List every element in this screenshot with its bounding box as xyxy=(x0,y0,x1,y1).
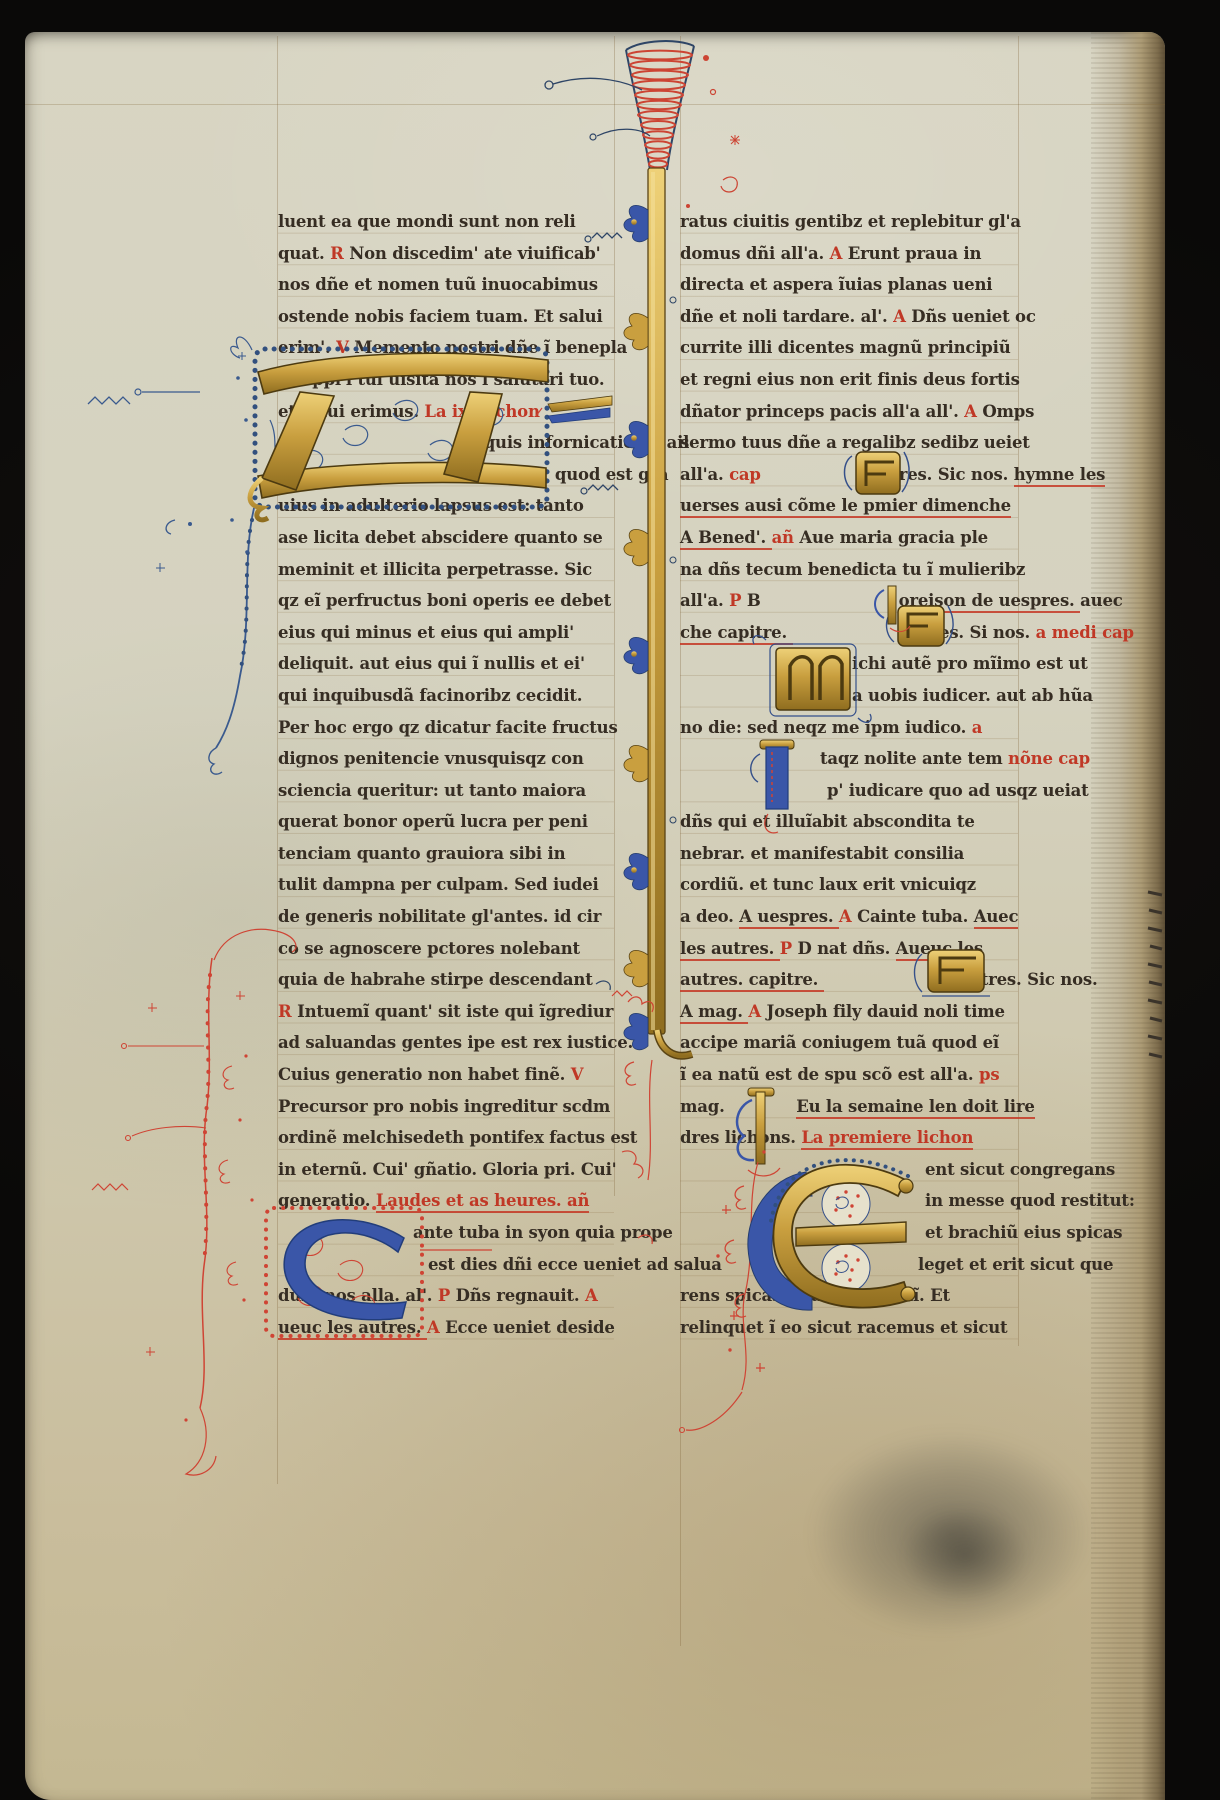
text-line: currite illi dicentes magnũ principiũ xyxy=(680,332,1018,364)
body-text: Memento nostri dñe ĩ benepla xyxy=(354,338,627,357)
body-text: auec xyxy=(1080,591,1122,610)
body-text: rens spicas in ualle raphaĩ. Et xyxy=(680,1286,950,1305)
body-text: D nat dñs. xyxy=(797,939,895,958)
body-text: ostende nobis faciem tuam. Et salui xyxy=(278,307,603,326)
rubric-text: ps xyxy=(979,1065,999,1084)
text-line: generatio. Laudes et as heures. añ xyxy=(278,1185,614,1217)
text-line: p' iudicare quo ad usqz ueiat xyxy=(680,775,1018,807)
body-text: et regni eius non erit finis deus fortis xyxy=(680,370,1020,389)
text-line: all'a. capres. Sic nos. hymne les xyxy=(680,459,1018,491)
body-text: tenciam quanto grauiora sibi in xyxy=(278,844,565,863)
rubric-text: cap xyxy=(729,465,761,484)
text-line: uius in adulterio lapsus est: tanto xyxy=(278,490,614,522)
text-line: luent ea que mondi sunt non reli xyxy=(278,206,614,238)
body-text: nos dñe et nomen tuũ inuocabimus xyxy=(278,275,598,294)
body-text: Aue maria gracia ple xyxy=(799,528,988,547)
body-text: nebrar. et manifestabit consilia xyxy=(680,844,964,863)
stain-smudge-core xyxy=(880,1490,1050,1620)
text-line: Cuius generatio non habet finẽ. V xyxy=(278,1059,614,1091)
body-text: domus dñi all'a. xyxy=(680,244,830,263)
body-text: a deo. xyxy=(680,907,739,926)
body-text: co se agnoscere pctores nolebant xyxy=(278,939,580,958)
book-fore-edge xyxy=(1091,32,1165,1800)
body-text: ueuc les autres. xyxy=(278,1318,427,1340)
body-text: si quis infornicationis ail xyxy=(463,433,689,452)
rubric-text: P xyxy=(729,591,747,610)
text-line: ratus ciuitis gentibz et replebitur gl'a xyxy=(680,206,1018,238)
body-text: accipe mariã coniugem tuã quod eĩ xyxy=(680,1033,999,1052)
rubric-text: La ixe lichon xyxy=(424,402,539,421)
body-text: oreison de uespres. xyxy=(899,591,1081,613)
text-line: ase licita debet abscidere quanto se xyxy=(278,522,614,554)
body-text: et brachiũ eius spicas xyxy=(925,1223,1122,1242)
body-text: all'a. xyxy=(680,465,729,484)
text-line: et brachiũ eius spicas xyxy=(680,1217,1018,1249)
text-line: tulit dampna per culpam. Sed iudei xyxy=(278,869,614,901)
text-line: Per hoc ergo qz dicatur facite fructus xyxy=(278,712,614,744)
body-text: Dñs regnauit. xyxy=(456,1286,585,1305)
body-text: cordiũ. et tunc laux erit vnicuiqz xyxy=(680,875,976,894)
body-text: eius qui minus et eius qui ampli' xyxy=(278,623,574,642)
text-line: rens spicas in ualle raphaĩ. Et xyxy=(680,1280,1018,1312)
body-text: et salui erimus. xyxy=(278,402,424,421)
body-text: in eternũ. Cui' gñatio. Gloria pri. Cui' xyxy=(278,1160,617,1179)
body-text: Cuius generatio non habet finẽ. xyxy=(278,1065,571,1084)
text-line: all'a. P Boreison de uespres. auec xyxy=(680,585,1018,617)
rubric-text: a xyxy=(972,718,983,737)
text-line: accipe mariã coniugem tuã quod eĩ xyxy=(680,1027,1018,1059)
text-line: qz eĩ perfructus boni operis ee debet xyxy=(278,585,614,617)
body-text: Aueuc les xyxy=(896,939,983,961)
body-text: sermo tuus dñe a regalibz sedibz ueiet xyxy=(680,433,1030,452)
text-line: na dñs tecum benedicta tu ĩ mulieribz xyxy=(680,554,1018,586)
body-text: uius in adulterio lapsus est: tanto xyxy=(278,496,584,515)
body-text: a uel forte quod est gra xyxy=(428,465,668,484)
text-line: de generis nobilitate gl'antes. id cir xyxy=(278,901,614,933)
body-text: mag. xyxy=(680,1097,730,1116)
body-text: ase licita debet abscidere quanto se xyxy=(278,528,603,547)
body-text: quat. xyxy=(278,244,330,263)
text-line: dñe et noli tardare. al'. A Dñs ueniet o… xyxy=(680,301,1018,333)
body-text: Per hoc ergo qz dicatur facite fructus xyxy=(278,718,618,737)
body-text: Erunt praua in xyxy=(848,244,981,263)
rubric-text: a medi cap xyxy=(1036,623,1134,642)
text-line: mag. Eu la semaine len doit lire xyxy=(680,1091,1018,1123)
body-text: luent ea que mondi sunt non reli xyxy=(278,212,576,231)
rubric-text: P xyxy=(438,1286,456,1305)
body-text: che capitre. xyxy=(680,623,793,645)
body-text: dum nos alla. al'. xyxy=(278,1286,438,1305)
text-line: relinquet ĩ eo sicut racemus et sicut xyxy=(680,1312,1018,1344)
text-line: si quis infornicationis ail xyxy=(278,427,614,459)
body-text: ent sicut congregans xyxy=(925,1160,1115,1179)
text-line: cordiũ. et tunc laux erit vnicuiqz xyxy=(680,869,1018,901)
body-text: dñs qui et illuĩabit abscondita te xyxy=(680,812,975,831)
body-text: uerses ausi cõme le pmier dimenche xyxy=(680,496,1011,518)
text-line: dñs qui et illuĩabit abscondita te xyxy=(680,806,1018,838)
text-line: ent sicut congregans xyxy=(680,1154,1018,1186)
rubric-text: A xyxy=(839,907,857,926)
body-text: relinquet ĩ eo sicut racemus et sicut xyxy=(680,1318,1007,1337)
text-line: directa et aspera ĩuias planas ueni xyxy=(680,269,1018,301)
text-line: leget et erit sicut que xyxy=(680,1249,1018,1281)
body-text: res. Sic nos. xyxy=(899,465,1014,484)
body-text: A mag. xyxy=(680,1002,748,1024)
body-text: Ecce ueniet deside xyxy=(445,1318,615,1337)
body-text: A Bened'. xyxy=(680,528,772,550)
body-text: deliquit. aut eius qui ĩ nullis et ei' xyxy=(278,654,585,673)
text-line: les autres. P D nat dñs. Aueuc les xyxy=(680,933,1018,965)
body-text: est dies dñi ecce ueniet ad salua xyxy=(428,1255,722,1274)
body-text: no die: sed neqz me ipm iudico. xyxy=(680,718,972,737)
body-text: de generis nobilitate gl'antes. id cir xyxy=(278,907,601,926)
text-line: ordinẽ melchisedeth pontifex factus est xyxy=(278,1122,614,1154)
text-line: dignos penitencie vnusquisqz con xyxy=(278,743,614,775)
rubric-text: A xyxy=(585,1286,598,1305)
text-line: nos dñe et nomen tuũ inuocabimus xyxy=(278,269,614,301)
body-text: qui inquibusdã facinoribz cecidit. xyxy=(278,686,582,705)
body-text: B xyxy=(747,591,761,610)
ruling-line-vertical xyxy=(614,36,615,1196)
body-text: directa et aspera ĩuias planas ueni xyxy=(680,275,992,294)
text-line: co se agnoscere pctores nolebant xyxy=(278,933,614,965)
body-text: autres. capitre. xyxy=(680,970,824,992)
text-line: Precursor pro nobis ingreditur scdm xyxy=(278,1091,614,1123)
text-line: a uel forte quod est gra xyxy=(278,459,614,491)
text-line: quat. R Non discedim' ate viuificab' xyxy=(278,238,614,270)
body-text: ichi autẽ pro mĩimo est ut xyxy=(852,654,1088,673)
text-line: ostende nobis faciem tuam. Et salui xyxy=(278,301,614,333)
text-line: in eternũ. Cui' gñatio. Gloria pri. Cui' xyxy=(278,1154,614,1186)
body-text: Auec xyxy=(974,907,1019,929)
body-text: ato ppl'i tui uisita nos ĩ salutari tuo. xyxy=(278,370,604,389)
text-line: ato ppl'i tui uisita nos ĩ salutari tuo. xyxy=(278,364,614,396)
body-text: Omps xyxy=(982,402,1034,421)
body-text: leget et erit sicut que xyxy=(918,1255,1113,1274)
body-text: ordinẽ melchisedeth pontifex factus est xyxy=(278,1128,637,1147)
text-line: quia de habrahe stirpe descendant xyxy=(278,964,614,996)
body-text: taqz nolite ante tem xyxy=(820,749,1008,768)
text-line: et regni eius non erit finis deus fortis xyxy=(680,364,1018,396)
text-line: a uobis iudicer. aut ab hũa xyxy=(680,680,1018,712)
text-line: a deo. A uespres. A Cainte tuba. Auec xyxy=(680,901,1018,933)
rubric-text: A xyxy=(748,1002,766,1021)
text-line: autres. capitre. ratres. Sic nos. xyxy=(680,964,1018,996)
body-text: currite illi dicentes magnũ principiũ xyxy=(680,338,1011,357)
body-text: Cainte tuba. xyxy=(857,907,974,926)
rubric-text: V xyxy=(336,338,354,357)
rubric-text: R xyxy=(278,1002,297,1021)
text-line: ante tuba in syon quia prope xyxy=(278,1217,614,1249)
body-text: a uobis iudicer. aut ab hũa xyxy=(852,686,1093,705)
text-line: ad saluandas gentes ipe est rex iustice. xyxy=(278,1027,614,1059)
body-text: Dñs ueniet oc xyxy=(911,307,1035,326)
text-line: eius qui minus et eius qui ampli' xyxy=(278,617,614,649)
text-line: sciencia queritur: ut tanto maiora xyxy=(278,775,614,807)
text-line: R Intuemĩ quant' sit iste qui ĩgrediur xyxy=(278,996,614,1028)
rubric-text: La premiere lichon xyxy=(801,1128,973,1150)
body-text: ratres. Sic nos. xyxy=(962,970,1098,989)
body-text: quia de habrahe stirpe descendant xyxy=(278,970,593,989)
text-line: qui inquibusdã facinoribz cecidit. xyxy=(278,680,614,712)
body-text: erim'. xyxy=(278,338,336,357)
body-text: ĩ ea natũ est de spu scõ est all'a. xyxy=(680,1065,979,1084)
rubric-text: nõne cap xyxy=(1008,749,1090,768)
body-text: all'a. xyxy=(680,591,729,610)
body-text: meminit et illicita perpetrasse. Sic xyxy=(278,560,592,579)
rubric-text: añ xyxy=(772,528,800,547)
body-text: les autres. xyxy=(680,939,780,961)
text-line: che capitre. res. Si nos. a medi cap xyxy=(680,617,1018,649)
text-line: sermo tuus dñe a regalibz sedibz ueiet xyxy=(680,427,1018,459)
text-line: tenciam quanto grauiora sibi in xyxy=(278,838,614,870)
text-line: dum nos alla. al'. P Dñs regnauit. A xyxy=(278,1280,614,1312)
text-line: est dies dñi ecce ueniet ad salua xyxy=(278,1249,614,1281)
body-text: res. Si nos. xyxy=(931,623,1036,642)
text-line: erim'. V Memento nostri dñe ĩ benepla xyxy=(278,332,614,364)
body-text: ante tuba in syon quia prope xyxy=(413,1223,673,1242)
text-line: in messe quod restitut: xyxy=(680,1185,1018,1217)
text-line: deliquit. aut eius qui ĩ nullis et ei' xyxy=(278,648,614,680)
body-text: querat bonor operũ lucra per peni xyxy=(278,812,588,831)
text-line: ĩ ea natũ est de spu scõ est all'a. ps xyxy=(680,1059,1018,1091)
body-text: Intuemĩ quant' sit iste qui ĩgrediur xyxy=(297,1002,613,1021)
body-text: A uespres. xyxy=(739,907,839,929)
text-line: meminit et illicita perpetrasse. Sic xyxy=(278,554,614,586)
body-text: Precursor pro nobis ingreditur scdm xyxy=(278,1097,610,1116)
rubric-text: Laudes et as heures. añ xyxy=(376,1191,590,1213)
text-column-left: luent ea que mondi sunt non reliquat. R … xyxy=(278,206,614,1343)
text-line: dres lichons. La premiere lichon xyxy=(680,1122,1018,1154)
rubric-text: A xyxy=(427,1318,445,1337)
text-line: uerses ausi cõme le pmier dimenche xyxy=(680,490,1018,522)
body-text: qz eĩ perfructus boni operis ee debet xyxy=(278,591,611,610)
text-line: ueuc les autres. A Ecce ueniet deside xyxy=(278,1312,614,1344)
body-text: Non discedim' ate viuificab' xyxy=(349,244,600,263)
body-text: dñe et noli tardare. al'. xyxy=(680,307,893,326)
body-text: hymne les xyxy=(1014,465,1106,487)
body-text: dignos penitencie vnusquisqz con xyxy=(278,749,584,768)
body-text: generatio. xyxy=(278,1191,376,1210)
body-text: dñator princeps pacis all'a all'. xyxy=(680,402,964,421)
text-line: taqz nolite ante tem nõne cap xyxy=(680,743,1018,775)
text-line: A Bened'. añ Aue maria gracia ple xyxy=(680,522,1018,554)
ruling-line-horizontal xyxy=(25,104,1165,105)
body-text: in messe quod restitut: xyxy=(925,1191,1135,1210)
body-text: p' iudicare quo ad usqz ueiat xyxy=(827,781,1089,800)
rubric-text: R xyxy=(330,244,349,263)
body-text: na dñs tecum benedicta tu ĩ mulieribz xyxy=(680,560,1025,579)
rubric-text: V xyxy=(571,1065,584,1084)
body-text: ratus ciuitis gentibz et replebitur gl'a xyxy=(680,212,1021,231)
rubric-text: A xyxy=(893,307,911,326)
text-column-right: ratus ciuitis gentibz et replebitur gl'a… xyxy=(680,206,1018,1343)
body-text: tulit dampna per culpam. Sed iudei xyxy=(278,875,599,894)
text-line: A mag. A Joseph fily dauid noli time xyxy=(680,996,1018,1028)
text-line: dñator princeps pacis all'a all'. A Omps xyxy=(680,396,1018,428)
text-line: nebrar. et manifestabit consilia xyxy=(680,838,1018,870)
text-line: ichi autẽ pro mĩimo est ut xyxy=(680,648,1018,680)
body-text: sciencia queritur: ut tanto maiora xyxy=(278,781,586,800)
text-line: et salui erimus. La ixe lichon xyxy=(278,396,614,428)
rubric-text: P xyxy=(780,939,798,958)
manuscript-photograph: { "meta": { "title": "Illuminated manusc… xyxy=(0,0,1220,1800)
body-text: Joseph fily dauid noli time xyxy=(766,1002,1004,1021)
body-text: dres lichons. xyxy=(680,1128,801,1147)
body-text: Eu la semaine len doit lire xyxy=(796,1097,1034,1119)
rubric-text: A xyxy=(830,244,848,263)
text-line: querat bonor operũ lucra per peni xyxy=(278,806,614,838)
text-line: domus dñi all'a. A Erunt praua in xyxy=(680,238,1018,270)
text-line: no die: sed neqz me ipm iudico. a xyxy=(680,712,1018,744)
rubric-text: A xyxy=(964,402,982,421)
body-text: ad saluandas gentes ipe est rex iustice. xyxy=(278,1033,633,1052)
